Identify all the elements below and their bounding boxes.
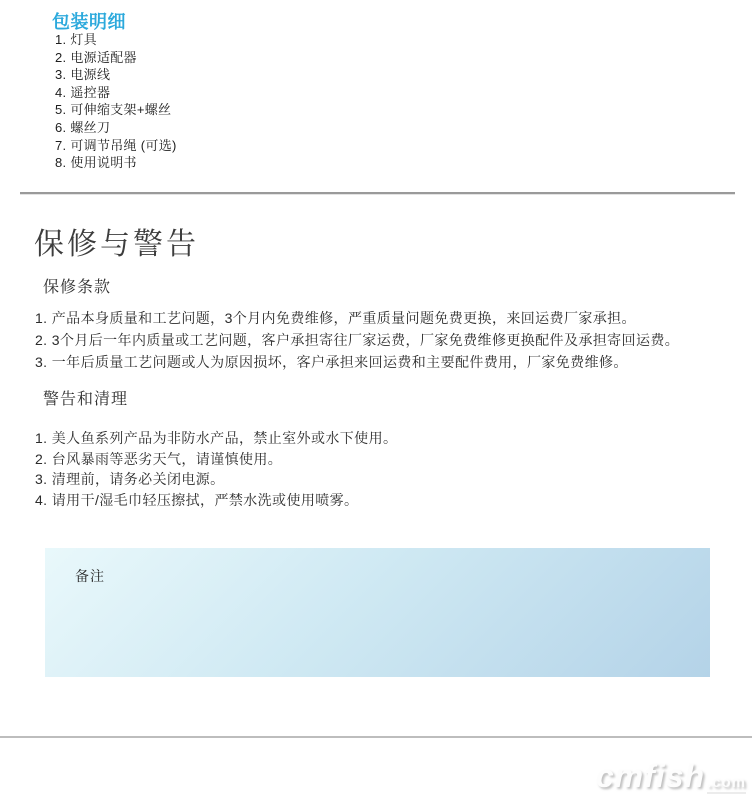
watermark-logo: cmfish .com (596, 758, 746, 795)
warning-list-item: 4. 请用干/湿毛巾轻压擦拭，严禁水洗或使用喷雾。 (35, 490, 397, 511)
packing-list-item: 7. 可调节吊绳 (可选) (55, 137, 177, 155)
warranty-list: 1. 产品本身质量和工艺问题，3个月内免费维修，严重质量问题免费更换，来回运费厂… (35, 307, 679, 373)
document-page: 包装明细 1. 灯具 2. 电源适配器 3. 电源线 4. 遥控器 5. 可伸缩… (0, 0, 752, 800)
packing-list-item: 8. 使用说明书 (55, 154, 177, 172)
packing-list-item: 5. 可伸缩支架+螺丝 (55, 101, 177, 119)
warranty-list-item: 2. 3个月后一年内质量或工艺问题，客户承担寄往厂家运费，厂家免费维修更换配件及… (35, 329, 679, 351)
note-box-label: 备注 (75, 566, 105, 586)
warning-list-item: 2. 台风暴雨等恶劣天气，请谨慎使用。 (35, 449, 397, 470)
watermark-suffix: .com (707, 774, 746, 794)
warnings-subtitle: 警告和清理 (43, 386, 128, 409)
warranty-list-item: 1. 产品本身质量和工艺问题，3个月内免费维修，严重质量问题免费更换，来回运费厂… (35, 307, 679, 329)
watermark-brand: cmfish (596, 758, 705, 795)
packing-list-item: 1. 灯具 (55, 31, 177, 49)
warning-list-item: 3. 清理前，请务必关闭电源。 (35, 469, 397, 490)
packing-list-item: 2. 电源适配器 (55, 49, 177, 67)
warning-list-item: 1. 美人鱼系列产品为非防水产品，禁止室外或水下使用。 (35, 428, 397, 449)
packing-list-item: 3. 电源线 (55, 66, 177, 84)
packing-list: 1. 灯具 2. 电源适配器 3. 电源线 4. 遥控器 5. 可伸缩支架+螺丝… (55, 31, 177, 172)
warranty-subtitle: 保修条款 (43, 274, 111, 297)
note-box: 备注 (45, 548, 710, 677)
page-title: 保修与警告 (34, 219, 199, 263)
section-divider (20, 192, 735, 195)
bottom-divider (0, 736, 752, 738)
warnings-list: 1. 美人鱼系列产品为非防水产品，禁止室外或水下使用。 2. 台风暴雨等恶劣天气… (35, 428, 397, 510)
warranty-list-item: 3. 一年后质量工艺问题或人为原因损坏，客户承担来回运费和主要配件费用，厂家免费… (35, 351, 679, 373)
packing-list-item: 4. 遥控器 (55, 84, 177, 102)
packing-list-item: 6. 螺丝刀 (55, 119, 177, 137)
